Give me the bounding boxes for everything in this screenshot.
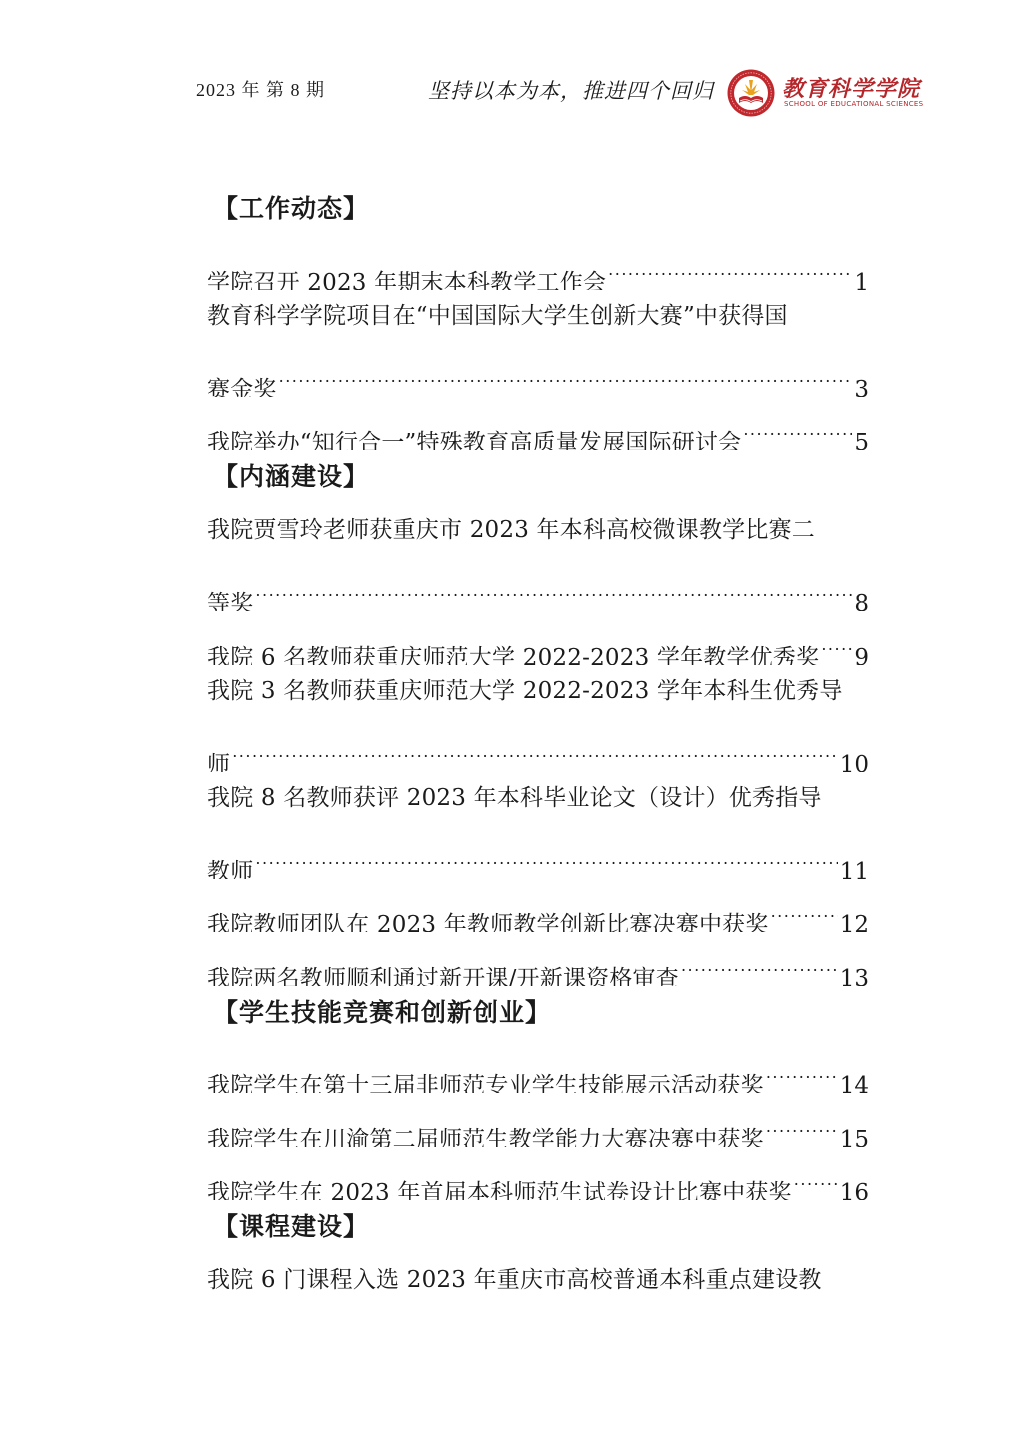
- toc-entry-text: 教师: [207, 846, 253, 879]
- leader-dots: [255, 558, 852, 612]
- toc-section-title: 【课程建设】: [213, 1200, 869, 1254]
- toc-entry[interactable]: 教育科学学院项目在“中国国际大学生创新大赛”中获得国 赛金奖3: [207, 290, 869, 397]
- issue-number: 2023 年 第 8 期: [196, 76, 325, 102]
- toc-entry[interactable]: 我院 8 名教师获评 2023 年本科毕业论文（设计）优秀指导 教师11: [207, 772, 869, 879]
- leader-dots: [608, 236, 852, 290]
- leader-dots: [766, 1093, 838, 1147]
- toc-entry[interactable]: 我院学生在第十三届非师范专业学生技能展示活动获奖14: [207, 1040, 869, 1094]
- toc-entry[interactable]: 学院召开 2023 年期末本科教学工作会1: [207, 236, 869, 290]
- toc-entry[interactable]: 我院学生在川渝第二届师范生教学能力大赛决赛中获奖15: [207, 1093, 869, 1147]
- toc-entry-text: 赛金奖: [207, 364, 277, 397]
- motto: 坚持以本为本，推进四个回归: [428, 75, 714, 105]
- toc-section-title: 【内涵建设】: [213, 450, 869, 504]
- leader-dots: [766, 1040, 838, 1094]
- toc-entry-text: 我院学生在 2023 年首届本科师范生试卷设计比赛中获奖: [207, 1167, 792, 1200]
- toc-entry[interactable]: 我院 3 名教师获重庆师范大学 2022-2023 学年本科生优秀导 师10: [207, 665, 869, 772]
- toc-section-title: 【工作动态】: [213, 182, 869, 236]
- toc-page-number: 1: [854, 257, 869, 290]
- toc-page-number: 8: [854, 578, 869, 611]
- leader-dots: [255, 825, 837, 879]
- toc-entry-text: 我院教师团队在 2023 年教师教学创新比赛决赛中获奖: [207, 899, 769, 932]
- toc-section-title: 【学生技能竞赛和创新创业】: [213, 986, 869, 1040]
- toc-entry[interactable]: 我院教师团队在 2023 年教师教学创新比赛决赛中获奖12: [207, 879, 869, 933]
- toc-entry-text: 教育科学学院项目在“中国国际大学生创新大赛”中获得国: [207, 290, 788, 344]
- toc-entry-text: 我院 6 名教师获重庆师范大学 2022-2023 学年教学优秀奖: [207, 632, 819, 665]
- toc-entry-text: 我院学生在川渝第二届师范生教学能力大赛决赛中获奖: [207, 1114, 764, 1147]
- college-logo: 教育科学学院 SCHOOL OF EDUCATIONAL SCIENCES: [724, 64, 904, 120]
- toc-entry[interactable]: 我院两名教师顺利通过新开课/开新课资格审查13: [207, 932, 869, 986]
- table-of-contents: 【工作动态】 学院召开 2023 年期末本科教学工作会1 教育科学学院项目在“中…: [207, 182, 869, 1308]
- toc-page-number: 16: [840, 1167, 869, 1200]
- toc-page-number: 3: [854, 364, 869, 397]
- toc-entry-text: 我院两名教师顺利通过新开课/开新课资格审查: [207, 953, 679, 986]
- toc-entry-text: 我院 6 门课程入选 2023 年重庆市高校普通本科重点建设教: [207, 1254, 822, 1308]
- toc-entry-text: 我院举办“知行合一”特殊教育高质量发展国际研讨会: [207, 417, 741, 450]
- leader-dots: [794, 1147, 838, 1201]
- toc-page-number: 12: [840, 899, 869, 932]
- toc-page-number: 10: [840, 739, 869, 772]
- leader-dots: [821, 611, 852, 665]
- toc-page-number: 9: [854, 632, 869, 665]
- leader-dots: [279, 343, 853, 397]
- toc-entry-text: 师: [207, 739, 230, 772]
- toc-page-number: 14: [840, 1060, 869, 1093]
- toc-entry-text: 我院 3 名教师获重庆师范大学 2022-2023 学年本科生优秀导: [207, 665, 843, 719]
- leader-dots: [232, 718, 838, 772]
- toc-entry[interactable]: 我院 6 门课程入选 2023 年重庆市高校普通本科重点建设教: [207, 1254, 869, 1308]
- toc-entry-text: 我院 8 名教师获评 2023 年本科毕业论文（设计）优秀指导: [207, 772, 822, 826]
- toc-entry-text: 我院学生在第十三届非师范专业学生技能展示活动获奖: [207, 1060, 764, 1093]
- toc-entry[interactable]: 我院 6 名教师获重庆师范大学 2022-2023 学年教学优秀奖9: [207, 611, 869, 665]
- leader-dots: [681, 932, 838, 986]
- leader-dots: [743, 397, 852, 451]
- toc-entry[interactable]: 我院贾雪玲老师获重庆市 2023 年本科高校微课教学比赛二 等奖8: [207, 504, 869, 611]
- college-emblem-icon: [726, 68, 776, 118]
- page-header: 2023 年 第 8 期 坚持以本为本，推进四个回归 教育科学学院 SCHOOL…: [0, 62, 1024, 122]
- toc-entry[interactable]: 我院学生在 2023 年首届本科师范生试卷设计比赛中获奖16: [207, 1147, 869, 1201]
- toc-page-number: 13: [840, 953, 869, 986]
- toc-entry-text: 学院召开 2023 年期末本科教学工作会: [207, 257, 606, 290]
- college-name-en: SCHOOL OF EDUCATIONAL SCIENCES: [784, 100, 923, 108]
- toc-page-number: 11: [840, 846, 869, 879]
- leader-dots: [771, 879, 838, 933]
- toc-entry-text: 我院贾雪玲老师获重庆市 2023 年本科高校微课教学比赛二: [207, 504, 815, 558]
- toc-page-number: 15: [840, 1114, 869, 1147]
- toc-entry[interactable]: 我院举办“知行合一”特殊教育高质量发展国际研讨会5: [207, 397, 869, 451]
- college-name-cn: 教育科学学院: [782, 72, 920, 103]
- toc-entry-text: 等奖: [207, 578, 253, 611]
- toc-page-number: 5: [854, 417, 869, 450]
